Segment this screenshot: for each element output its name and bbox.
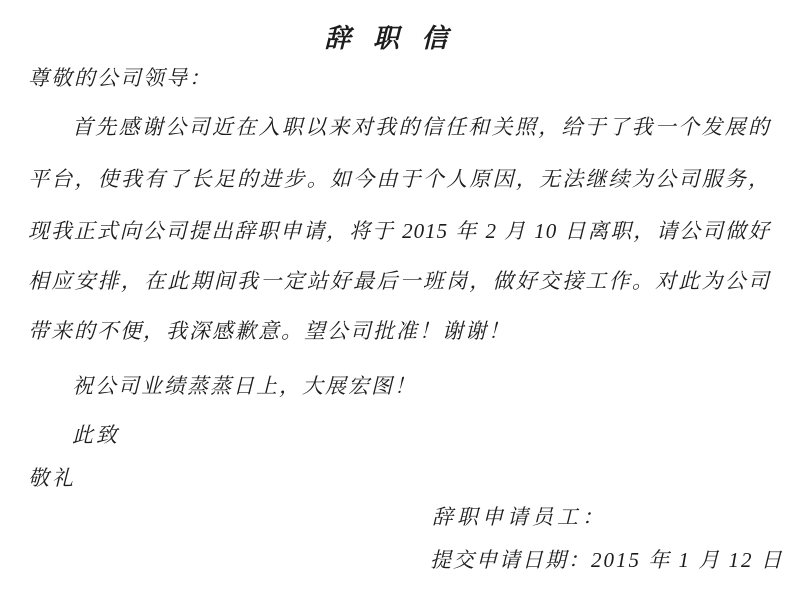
signature-employee-label: 辞职申请员工： [432,501,607,531]
body-paragraph-line: 相应安排，在此期间我一定站好最后一班岗，做好交接工作。对此为公司 [28,268,770,294]
signature-date-line: 提交申请日期：2015 年 1 月 12 日 [430,544,784,574]
body-paragraph-line: 带来的不便，我深感歉意。望公司批准！谢谢！ [28,318,770,344]
closing-respectfully: 此致 [28,419,120,449]
body-paragraph-line: 首先感谢公司近在入职以来对我的信任和关照，给于了我一个发展的 [28,114,770,140]
body-paragraph-line: 现我正式向公司提出辞职申请，将于 2015 年 2 月 10 日离职，请公司做好 [28,218,770,244]
greeting-line: 尊敬的公司领导： [28,62,212,92]
wish-line: 祝公司业绩蒸蒸日上，大展宏图！ [28,370,417,400]
document-title: 辞 职 信 [0,18,780,55]
closing-salute: 敬礼 [28,462,76,492]
resignation-letter-page: 辞 职 信 尊敬的公司领导： 首先感谢公司近在入职以来对我的信任和关照，给于了我… [0,0,800,600]
body-paragraph-line: 平台，使我有了长足的进步。如今由于个人原因，无法继续为公司服务， [28,166,770,192]
